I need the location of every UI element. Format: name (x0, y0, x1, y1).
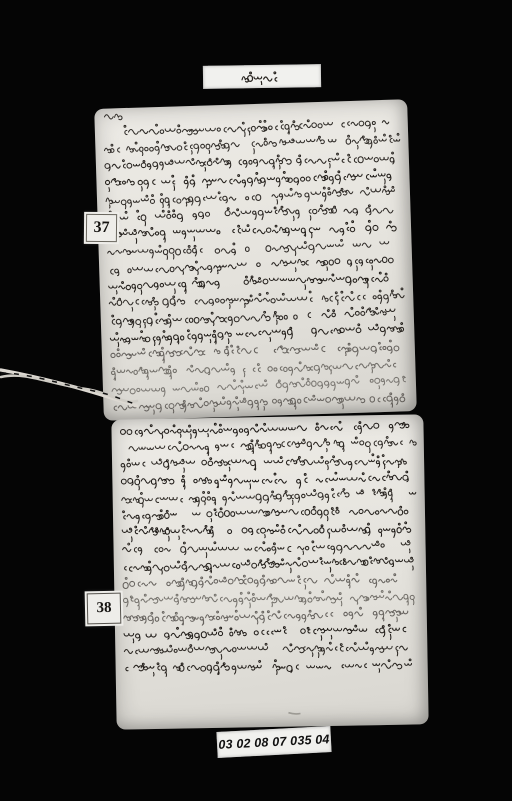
binding-thread (0, 358, 140, 420)
page-number-37: 37 (86, 214, 117, 242)
manuscript-page-37 (94, 99, 417, 421)
archival-number-slip: 03 02 08 07 035 04 (216, 726, 331, 758)
page-number-38: 38 (87, 593, 122, 625)
handwritten-title-text (236, 68, 288, 85)
handwritten-text-block-38 (111, 414, 428, 729)
manuscript-scan-photo: 37 38 03 02 08 07 035 04 (0, 0, 512, 801)
manuscript-page-38 (111, 414, 428, 729)
handwritten-text-block-37 (94, 99, 417, 421)
page-number-tag-37: 37 (84, 212, 119, 244)
header-title-slip (203, 64, 321, 89)
page-number-tag-38: 38 (85, 591, 124, 627)
archival-number: 03 02 08 07 035 04 (218, 732, 330, 752)
